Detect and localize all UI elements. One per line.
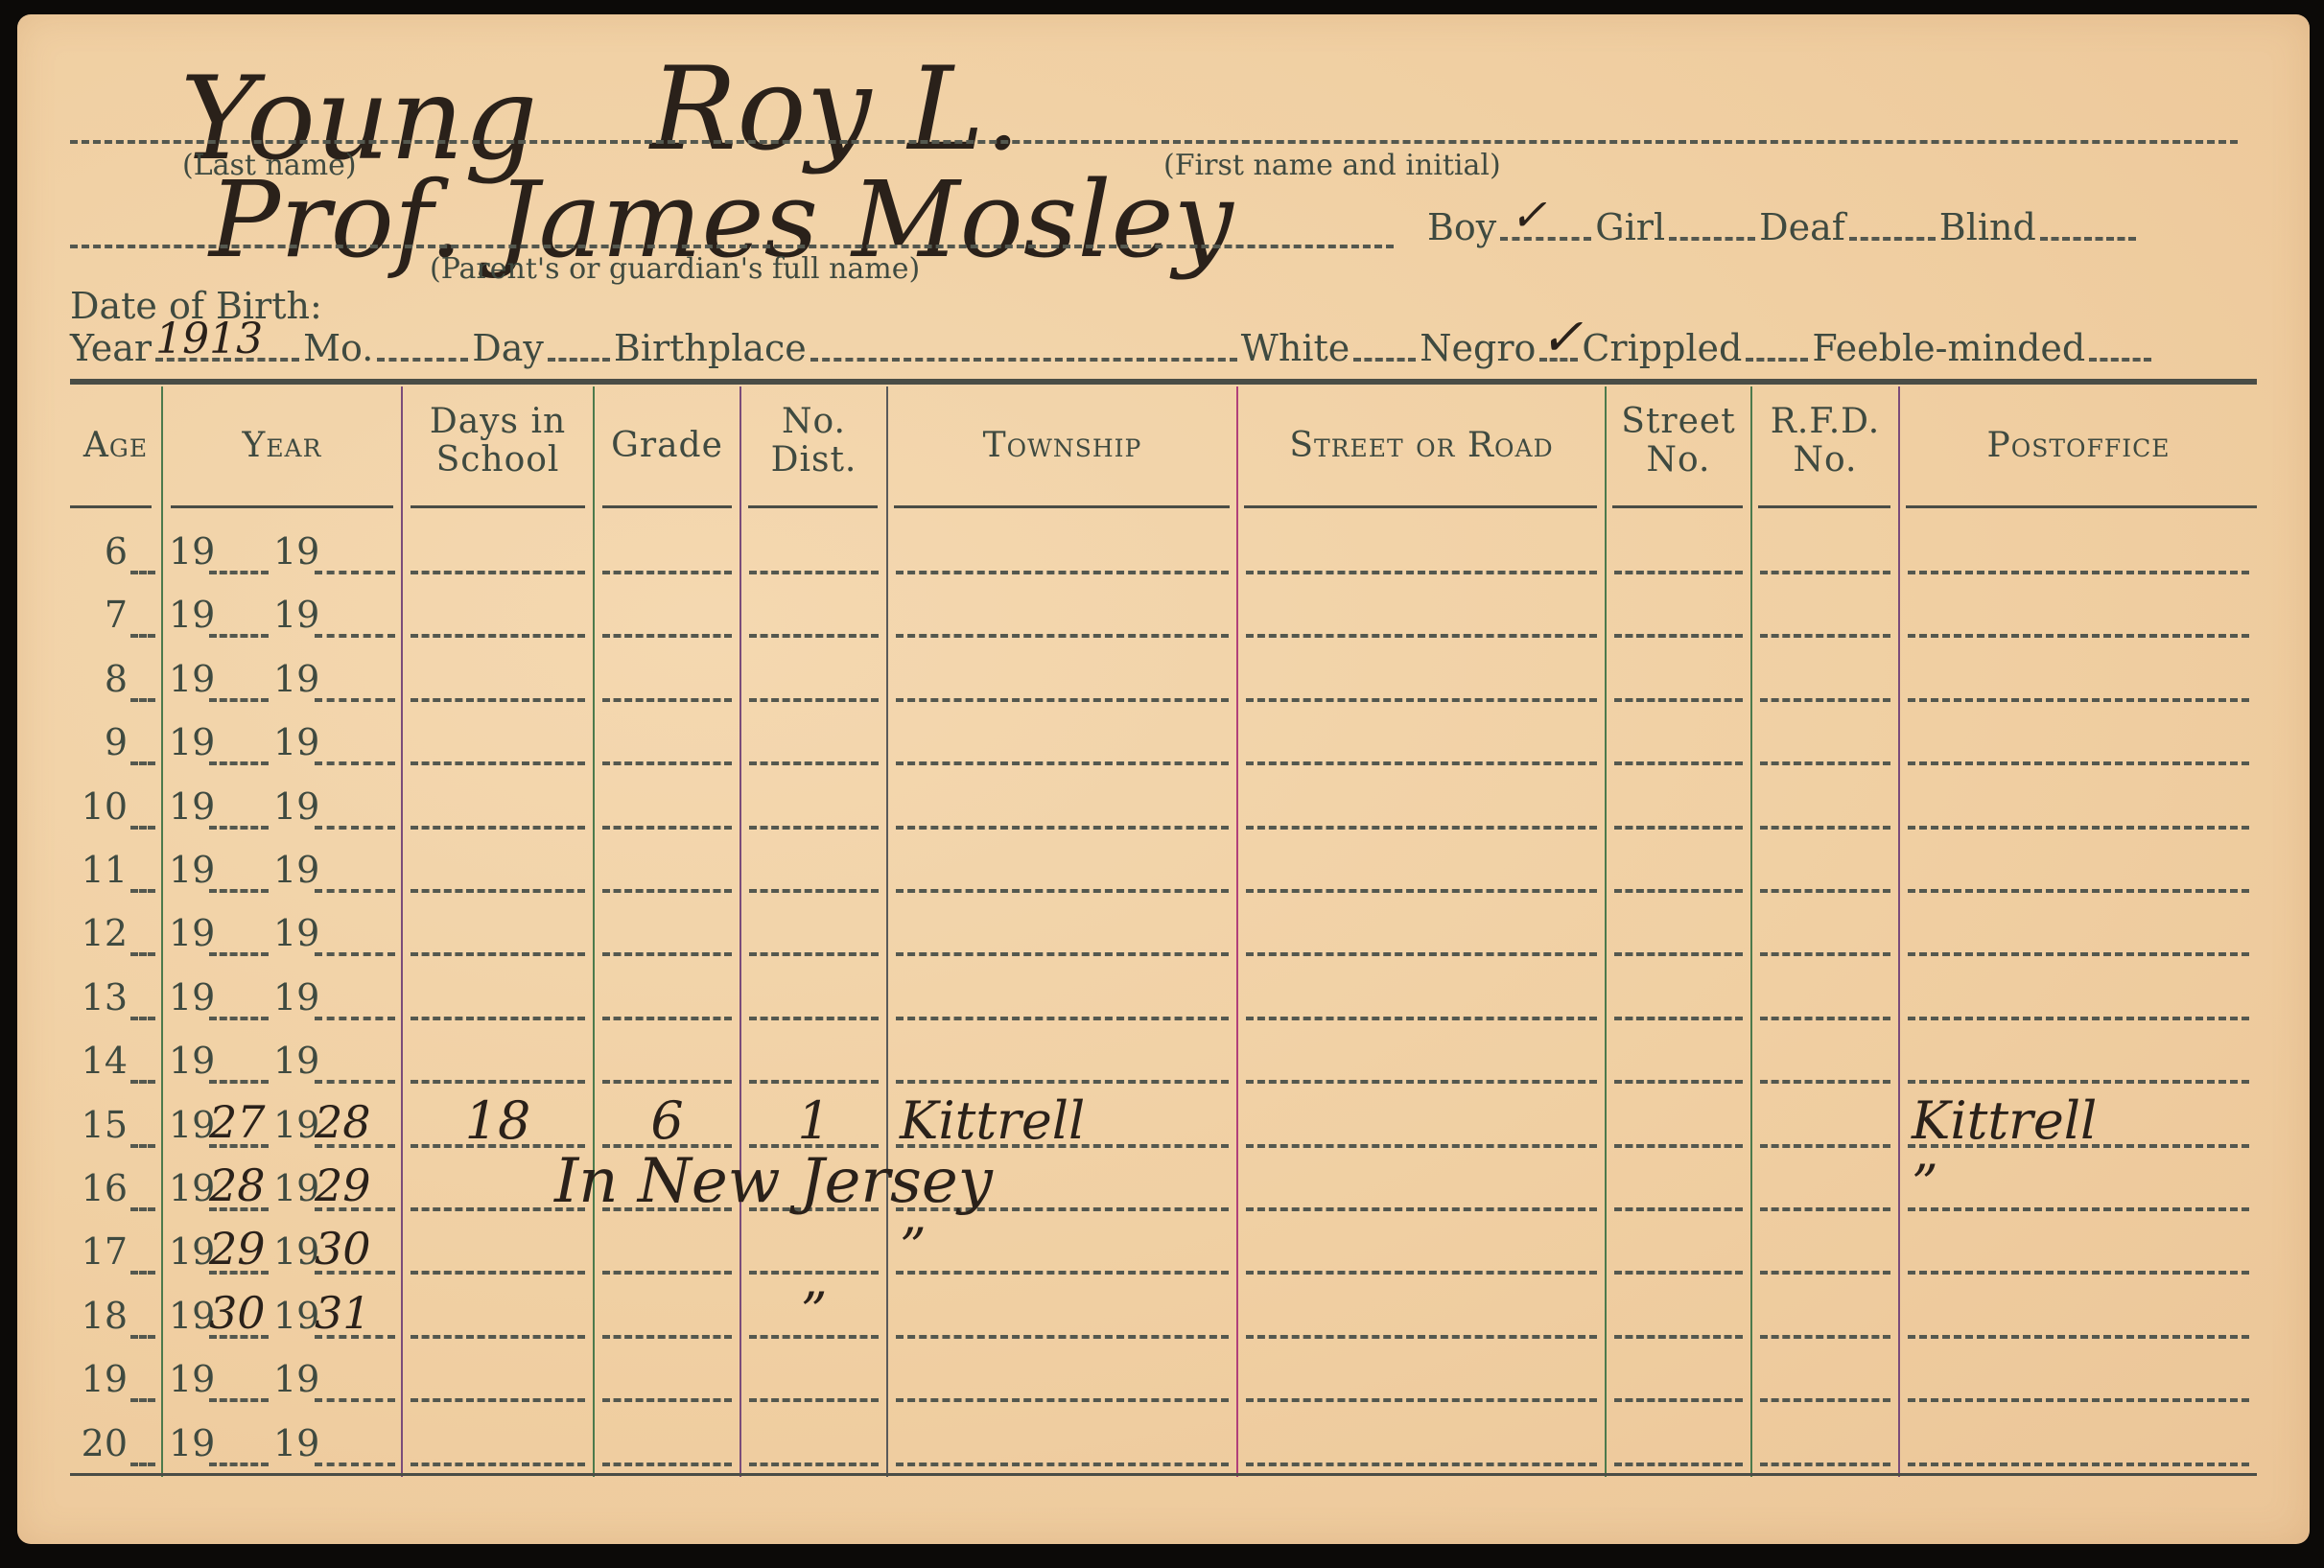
year-to-handwritten: 28 <box>315 1096 371 1148</box>
table-row: 81919 <box>17 650 2310 714</box>
guardian-dashed-line <box>70 245 1394 248</box>
header-year: Year <box>163 427 401 465</box>
grade-field[interactable] <box>602 1335 732 1339</box>
age-cell: 15 <box>70 1104 128 1146</box>
table-row: 71919 <box>17 586 2310 649</box>
year-from-prefix: 19 <box>169 785 215 828</box>
postoffice-field[interactable] <box>1908 1398 2249 1402</box>
year-from-dash[interactable] <box>209 634 269 638</box>
birth-year-value: 1913 <box>155 315 263 363</box>
age-cell: 13 <box>70 976 128 1018</box>
rfd-field[interactable] <box>1760 1080 1890 1084</box>
year-to-prefix: 19 <box>273 1040 319 1082</box>
postoffice-field[interactable] <box>1908 952 2249 956</box>
grade-field[interactable] <box>602 826 732 830</box>
age-cell: 8 <box>70 658 128 700</box>
street-road-field[interactable] <box>1246 1207 1597 1211</box>
days-field[interactable] <box>411 698 585 702</box>
street-no-field[interactable] <box>1614 1080 1743 1084</box>
age-dash <box>130 889 155 893</box>
year-from-prefix: 19 <box>169 721 215 763</box>
street-road-field[interactable] <box>1246 1335 1597 1339</box>
dist-field[interactable] <box>749 698 879 702</box>
negro-check-mark: ✓ <box>1539 307 1583 367</box>
year-to-dash[interactable] <box>315 952 395 956</box>
header-street-no-line1: Street <box>1607 403 1750 441</box>
street-road-field[interactable] <box>1246 952 1597 956</box>
header-underline <box>1244 505 1597 508</box>
year-to-dash[interactable] <box>315 571 395 574</box>
guardian-caption: (Parent's or guardian's full name) <box>430 252 920 286</box>
negro-field[interactable]: ✓ <box>1539 358 1578 362</box>
year-to-dash[interactable] <box>315 1398 395 1402</box>
header-street-no-line2: No. <box>1607 441 1750 480</box>
age-cell: 7 <box>70 594 128 636</box>
street-road-field[interactable] <box>1246 1398 1597 1402</box>
header-underline <box>1758 505 1890 508</box>
age-cell: 9 <box>70 721 128 763</box>
rfd-field[interactable] <box>1760 1207 1890 1211</box>
age-dash <box>130 826 155 830</box>
street-no-field[interactable] <box>1614 1271 1743 1275</box>
age-cell: 17 <box>70 1230 128 1273</box>
age-cell: 16 <box>70 1167 128 1209</box>
table-row: 141919 <box>17 1032 2310 1095</box>
white-field[interactable] <box>1353 358 1416 362</box>
age-dash <box>130 761 155 765</box>
year-to-prefix: 19 <box>273 976 319 1018</box>
year-to-prefix: 19 <box>273 530 319 573</box>
street-road-field[interactable] <box>1246 1271 1597 1275</box>
street-road-field[interactable] <box>1246 1144 1597 1148</box>
street-road-field[interactable] <box>1246 1080 1597 1084</box>
street-no-field[interactable] <box>1614 1463 1743 1466</box>
dist-field[interactable] <box>749 952 879 956</box>
age-cell: 6 <box>70 530 128 573</box>
dist-field[interactable] <box>749 1017 879 1020</box>
header-underline <box>70 505 152 508</box>
township-field[interactable] <box>896 826 1229 830</box>
grade-field[interactable] <box>602 1463 732 1466</box>
year-to-prefix: 19 <box>273 721 319 763</box>
year-from-dash[interactable] <box>209 1398 269 1402</box>
age-dash <box>130 1207 155 1211</box>
street-no-field[interactable] <box>1614 1335 1743 1339</box>
street-no-field[interactable] <box>1614 826 1743 830</box>
year-to-prefix: 19 <box>273 1422 319 1464</box>
table-row: 121919 <box>17 904 2310 968</box>
street-road-field[interactable] <box>1246 889 1597 893</box>
header-underline <box>748 505 878 508</box>
dist-field[interactable] <box>749 761 879 765</box>
table-top-rule <box>70 379 2257 385</box>
year-from-handwritten: 29 <box>209 1223 266 1275</box>
year-to-dash[interactable] <box>315 634 395 638</box>
township-field[interactable] <box>896 1017 1229 1020</box>
township-field[interactable] <box>896 952 1229 956</box>
township-field[interactable] <box>896 571 1229 574</box>
birth-year-field[interactable]: 1913 <box>155 358 299 362</box>
grade-field[interactable] <box>602 634 732 638</box>
days-field[interactable] <box>411 634 585 638</box>
year-from-prefix: 19 <box>169 1358 215 1400</box>
age-dash <box>130 1080 155 1084</box>
blind-label: Blind <box>1939 206 2036 248</box>
header-grade: Grade <box>595 427 739 465</box>
year-to-prefix: 19 <box>273 849 319 891</box>
street-no-field[interactable] <box>1614 634 1743 638</box>
rfd-field[interactable] <box>1760 634 1890 638</box>
days-field[interactable] <box>411 571 585 574</box>
year-from-prefix: 19 <box>169 1040 215 1082</box>
year-to-dash[interactable] <box>315 761 395 765</box>
white-label: White <box>1241 327 1350 369</box>
birthplace-field[interactable] <box>810 358 1237 362</box>
table-row: 201919 <box>17 1415 2310 1478</box>
grade-field[interactable] <box>602 571 732 574</box>
year-to-prefix: 19 <box>273 785 319 828</box>
name-dashed-line <box>70 140 2238 144</box>
year-to-prefix: 19 <box>273 1230 319 1273</box>
header-township: Township <box>888 427 1236 465</box>
year-from-handwritten: 30 <box>209 1287 266 1339</box>
negro-label: Negro <box>1420 327 1536 369</box>
day-label: Day <box>472 327 544 369</box>
street-no-field[interactable] <box>1614 889 1743 893</box>
year-from-prefix: 19 <box>169 849 215 891</box>
township-field[interactable] <box>896 1080 1229 1084</box>
header-no-dist: No. Dist. <box>741 403 886 480</box>
dist-field[interactable] <box>749 889 879 893</box>
township-field[interactable] <box>896 889 1229 893</box>
street-no-field[interactable] <box>1614 1398 1743 1402</box>
grade-field[interactable] <box>602 1398 732 1402</box>
age-cell: 18 <box>70 1295 128 1337</box>
street-road-field[interactable] <box>1246 698 1597 702</box>
birth-row: Year 1913 Mo. Day Birthplace White Negro… <box>70 327 2257 369</box>
year-to-dash[interactable] <box>315 698 395 702</box>
age-dash <box>130 1398 155 1402</box>
age-cell: 19 <box>70 1358 128 1400</box>
header-underline <box>1906 505 2257 508</box>
street-no-field[interactable] <box>1614 1017 1743 1020</box>
street-no-field[interactable] <box>1614 571 1743 574</box>
table-row: 101919 <box>17 778 2310 841</box>
rfd-field[interactable] <box>1760 1271 1890 1275</box>
postoffice-field[interactable] <box>1908 1080 2249 1084</box>
grade-field[interactable] <box>602 1271 732 1275</box>
header-underline <box>602 505 732 508</box>
dist-field[interactable] <box>749 634 879 638</box>
girl-checkbox-field[interactable] <box>1669 237 1755 241</box>
rfd-field[interactable] <box>1760 1017 1890 1020</box>
header-postoffice: Postoffice <box>1900 427 2257 465</box>
year-to-dash[interactable] <box>315 1463 395 1466</box>
year-from-prefix: 19 <box>169 658 215 700</box>
grade-field[interactable] <box>602 1080 732 1084</box>
postoffice-field[interactable] <box>1908 571 2249 574</box>
year-from-handwritten: 27 <box>209 1096 266 1148</box>
street-road-field[interactable] <box>1246 634 1597 638</box>
days-field[interactable] <box>411 1017 585 1020</box>
postoffice-field[interactable] <box>1908 634 2249 638</box>
rfd-field[interactable] <box>1760 889 1890 893</box>
year-from-dash[interactable] <box>209 889 269 893</box>
age-dash <box>130 571 155 574</box>
age-dash <box>130 1144 155 1148</box>
year-to-prefix: 19 <box>273 594 319 636</box>
grade-field[interactable] <box>602 889 732 893</box>
rfd-field[interactable] <box>1760 1144 1890 1148</box>
dist-value: ” <box>741 1281 886 1342</box>
days-field[interactable] <box>411 761 585 765</box>
age-cell: 20 <box>70 1422 128 1464</box>
street-no-field[interactable] <box>1614 761 1743 765</box>
age-dash <box>130 1271 155 1275</box>
postoffice-value: ” <box>1900 1154 2268 1214</box>
year-to-prefix: 19 <box>273 1167 319 1209</box>
dist-field[interactable] <box>749 1080 879 1084</box>
year-to-prefix: 19 <box>273 1295 319 1337</box>
street-road-field[interactable] <box>1246 1017 1597 1020</box>
days-value: 18 <box>403 1090 593 1151</box>
year-from-prefix: 19 <box>169 912 215 954</box>
township-field[interactable] <box>896 1398 1229 1402</box>
year-to-prefix: 19 <box>273 658 319 700</box>
postoffice-field[interactable] <box>1908 698 2249 702</box>
table-row: 91919 <box>17 714 2310 777</box>
rfd-field[interactable] <box>1760 698 1890 702</box>
dist-field[interactable] <box>749 1271 879 1275</box>
rfd-field[interactable] <box>1760 952 1890 956</box>
grade-field[interactable] <box>602 761 732 765</box>
street-road-field[interactable] <box>1246 761 1597 765</box>
dist-field[interactable] <box>749 571 879 574</box>
dist-field[interactable] <box>749 1398 879 1402</box>
postoffice-field[interactable] <box>1908 1335 2249 1339</box>
grade-value: 6 <box>595 1090 739 1151</box>
age-dash <box>130 1017 155 1020</box>
postoffice-field[interactable] <box>1908 1017 2249 1020</box>
crippled-field[interactable] <box>1746 358 1808 362</box>
table-row: 1719192930” <box>17 1223 2310 1286</box>
year-to-prefix: 19 <box>273 1358 319 1400</box>
year-from-dash[interactable] <box>209 698 269 702</box>
year-to-dash[interactable] <box>315 889 395 893</box>
days-field[interactable] <box>411 1080 585 1084</box>
street-road-field[interactable] <box>1246 1463 1597 1466</box>
header-street-no: Street No. <box>1607 403 1750 480</box>
township-value: ” <box>888 1217 1248 1277</box>
age-cell: 14 <box>70 1040 128 1082</box>
age-cell: 10 <box>70 785 128 828</box>
rfd-field[interactable] <box>1760 1335 1890 1339</box>
deaf-checkbox-field[interactable] <box>1849 237 1936 241</box>
table-row: 61919 <box>17 523 2310 586</box>
year-from-dash[interactable] <box>209 826 269 830</box>
table-row: 111919 <box>17 841 2310 904</box>
year-from-dash[interactable] <box>209 952 269 956</box>
table-row: 1819193031” <box>17 1287 2310 1350</box>
deaf-label: Deaf <box>1759 206 1845 248</box>
feeble-minded-label: Feeble-minded <box>1812 327 2085 369</box>
year-to-prefix: 19 <box>273 912 319 954</box>
header-days-line1: Days in <box>403 403 593 441</box>
rfd-field[interactable] <box>1760 1463 1890 1466</box>
day-field[interactable] <box>548 358 610 362</box>
postoffice-field[interactable] <box>1908 1463 2249 1466</box>
year-from-dash[interactable] <box>209 1080 269 1084</box>
year-label: Year <box>70 327 152 369</box>
year-from-dash[interactable] <box>209 571 269 574</box>
dist-field[interactable] <box>749 1463 879 1466</box>
age-dash <box>130 634 155 638</box>
header-underline <box>894 505 1230 508</box>
age-dash <box>130 698 155 702</box>
street-road-field[interactable] <box>1246 571 1597 574</box>
year-to-dash[interactable] <box>315 826 395 830</box>
month-label: Mo. <box>303 327 373 369</box>
year-from-dash[interactable] <box>209 1017 269 1020</box>
year-to-dash[interactable] <box>315 1017 395 1020</box>
township-field[interactable] <box>896 698 1229 702</box>
street-no-field[interactable] <box>1614 1144 1743 1148</box>
postoffice-value: Kittrell <box>1900 1090 2268 1151</box>
grade-field[interactable] <box>602 1017 732 1020</box>
header-dist-line1: No. <box>741 403 886 441</box>
year-to-dash[interactable] <box>315 1080 395 1084</box>
table-row: 1619192829”In New Jersey <box>17 1159 2310 1223</box>
boy-checkbox-field[interactable]: ✓ <box>1500 237 1591 241</box>
year-from-prefix: 19 <box>169 594 215 636</box>
header-street-or-road: Street or Road <box>1238 427 1605 465</box>
rfd-field[interactable] <box>1760 1398 1890 1402</box>
header-rfd-line2: No. <box>1752 441 1898 480</box>
year-from-prefix: 19 <box>169 1422 215 1464</box>
days-field[interactable] <box>411 1271 585 1275</box>
handwritten-note: In New Jersey <box>554 1146 993 1217</box>
table-row: 15191927281861KittrellKittrell <box>17 1096 2310 1159</box>
age-dash <box>130 1335 155 1339</box>
year-from-prefix: 19 <box>169 976 215 1018</box>
boy-label: Boy <box>1427 206 1496 248</box>
postoffice-field[interactable] <box>1908 761 2249 765</box>
township-field[interactable] <box>896 1335 1229 1339</box>
crippled-label: Crippled <box>1582 327 1742 369</box>
header-days-line2: School <box>403 441 593 480</box>
age-cell: 11 <box>70 849 128 891</box>
school-census-card: Young Roy L. (Last name) (First name and… <box>17 14 2310 1544</box>
days-field[interactable] <box>411 1398 585 1402</box>
days-field[interactable] <box>411 952 585 956</box>
street-no-field[interactable] <box>1614 952 1743 956</box>
township-value: Kittrell <box>888 1090 1248 1151</box>
year-from-dash[interactable] <box>209 761 269 765</box>
header-underline <box>171 505 393 508</box>
grade-field[interactable] <box>602 952 732 956</box>
header-age: Age <box>70 427 161 465</box>
age-dash <box>130 952 155 956</box>
status-row: Boy ✓ Girl Deaf Blind <box>1427 206 2140 248</box>
year-to-handwritten: 31 <box>315 1287 371 1339</box>
street-no-field[interactable] <box>1614 698 1743 702</box>
first-name-value: Roy L. <box>650 43 1021 176</box>
rfd-field[interactable] <box>1760 761 1890 765</box>
year-to-handwritten: 30 <box>315 1223 371 1275</box>
postoffice-field[interactable] <box>1908 889 2249 893</box>
header-rfd-no: R.F.D. No. <box>1752 403 1898 480</box>
year-from-prefix: 19 <box>169 530 215 573</box>
header-underline <box>411 505 585 508</box>
year-to-handwritten: 29 <box>315 1159 371 1211</box>
header-rfd-line1: R.F.D. <box>1752 403 1898 441</box>
table-row: 191919 <box>17 1350 2310 1414</box>
days-field[interactable] <box>411 1335 585 1339</box>
street-no-field[interactable] <box>1614 1207 1743 1211</box>
postoffice-field[interactable] <box>1908 826 2249 830</box>
township-field[interactable] <box>896 634 1229 638</box>
township-field[interactable] <box>896 1463 1229 1466</box>
days-field[interactable] <box>411 889 585 893</box>
age-cell: 12 <box>70 912 128 954</box>
grade-field[interactable] <box>602 698 732 702</box>
header-days-in-school: Days in School <box>403 403 593 480</box>
table-bottom-rule <box>70 1473 2257 1476</box>
month-field[interactable] <box>377 358 468 362</box>
days-field[interactable] <box>411 1463 585 1466</box>
year-from-dash[interactable] <box>209 1463 269 1466</box>
postoffice-field[interactable] <box>1908 1271 2249 1275</box>
header-dist-line2: Dist. <box>741 441 886 480</box>
feeble-minded-field[interactable] <box>2089 358 2151 362</box>
days-field[interactable] <box>411 826 585 830</box>
year-to-prefix: 19 <box>273 1104 319 1146</box>
girl-label: Girl <box>1595 206 1665 248</box>
township-field[interactable] <box>896 761 1229 765</box>
year-from-handwritten: 28 <box>209 1159 266 1211</box>
header-underline <box>1612 505 1743 508</box>
age-dash <box>130 1463 155 1466</box>
rfd-field[interactable] <box>1760 826 1890 830</box>
table-row: 131919 <box>17 969 2310 1032</box>
dist-field[interactable] <box>749 826 879 830</box>
street-road-field[interactable] <box>1246 826 1597 830</box>
boy-check-mark: ✓ <box>1510 189 1547 241</box>
rfd-field[interactable] <box>1760 571 1890 574</box>
birthplace-label: Birthplace <box>614 327 807 369</box>
dist-value: 1 <box>741 1090 886 1151</box>
blind-checkbox-field[interactable] <box>2040 237 2136 241</box>
